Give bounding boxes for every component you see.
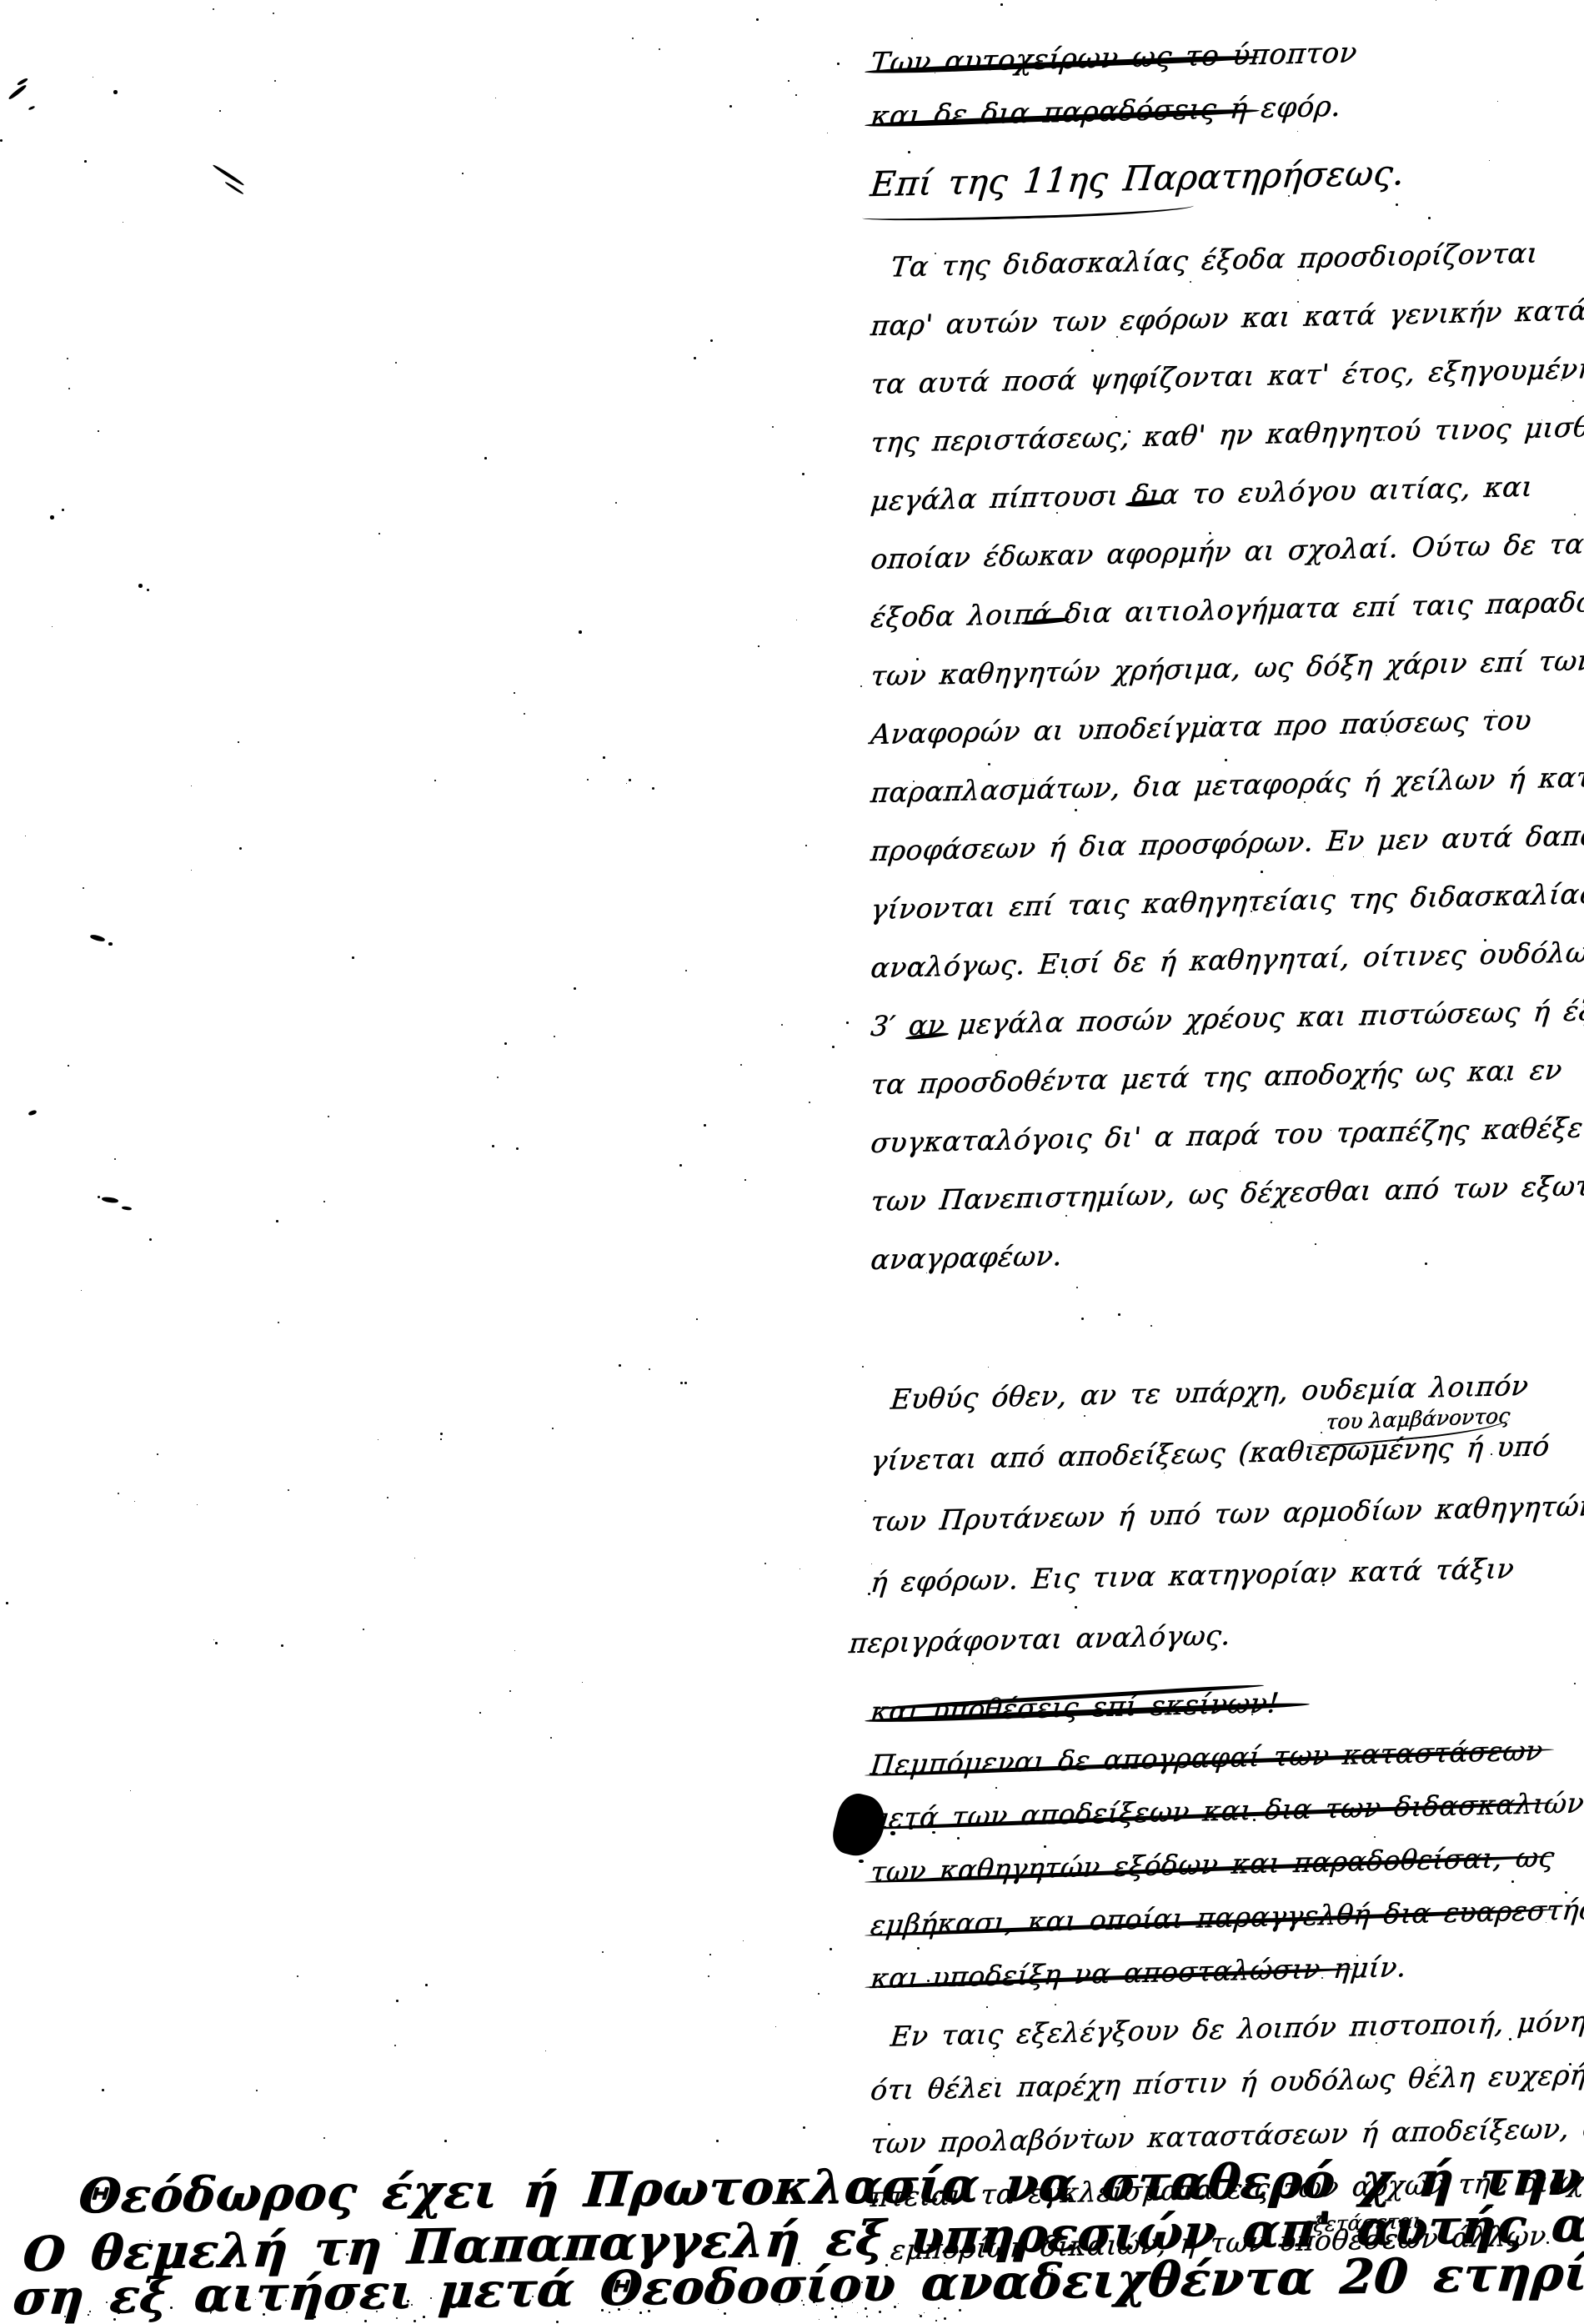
- dust-speck: [1487, 318, 1489, 319]
- dust-speck: [1144, 117, 1145, 118]
- dust-speck: [915, 962, 918, 965]
- dust-speck: [629, 779, 631, 781]
- dust-speck: [1075, 1606, 1077, 1609]
- dust-speck: [1190, 281, 1191, 283]
- dust-speck: [709, 1954, 711, 1955]
- dust-speck: [219, 110, 221, 112]
- dust-speck: [803, 2126, 805, 2129]
- dust-speck: [191, 786, 192, 786]
- dust-speck: [514, 692, 515, 694]
- dust-speck: [556, 2321, 559, 2323]
- dust-speck: [396, 2000, 399, 2002]
- dust-speck: [414, 1558, 415, 1559]
- dust-speck: [312, 2306, 315, 2309]
- dust-speck: [278, 1322, 279, 1323]
- dust-speck: [170, 2306, 173, 2309]
- dust-speck: [632, 38, 634, 39]
- dust-speck: [1569, 2063, 1571, 2065]
- dust-speck: [210, 2311, 212, 2313]
- dust-speck: [587, 779, 589, 781]
- dust-speck: [238, 741, 239, 743]
- dust-speck: [306, 2312, 308, 2314]
- dust-speck: [67, 358, 68, 359]
- dust-speck: [862, 1366, 864, 1368]
- dust-speck: [509, 1690, 511, 1692]
- dust-speck: [809, 1102, 810, 1103]
- dust-speck: [81, 1290, 82, 1291]
- smudge-mark: [8, 84, 28, 101]
- dust-speck: [504, 1042, 507, 1045]
- dust-speck: [313, 2316, 316, 2318]
- dust-speck: [407, 2300, 409, 2302]
- dust-speck: [215, 1642, 218, 1644]
- dust-speck: [803, 2304, 805, 2306]
- dust-speck: [866, 2316, 868, 2317]
- dust-speck: [288, 1489, 289, 1491]
- dust-speck: [1251, 911, 1252, 912]
- dust-speck: [827, 133, 828, 133]
- dust-speck: [1315, 1243, 1316, 1245]
- dust-speck: [865, 1500, 866, 1502]
- dust-speck: [740, 1064, 742, 1066]
- dust-speck: [102, 2089, 104, 2091]
- dust-speck: [414, 2320, 416, 2322]
- dust-speck: [89, 2311, 91, 2312]
- dust-speck: [440, 1433, 443, 1435]
- dust-speck: [1504, 1079, 1506, 1082]
- dust-speck: [1137, 1202, 1139, 1204]
- dust-speck: [582, 1682, 583, 1683]
- dust-speck: [1493, 710, 1495, 711]
- dust-speck: [138, 2187, 141, 2190]
- dust-speck: [550, 1737, 552, 1739]
- dust-speck: [626, 783, 627, 784]
- dust-speck: [495, 98, 496, 98]
- dust-speck: [618, 2308, 620, 2311]
- dust-speck: [1374, 1836, 1376, 1838]
- dust-speck: [1491, 1453, 1492, 1455]
- dust-speck: [935, 2320, 937, 2321]
- dust-speck: [940, 2191, 942, 2194]
- dust-speck: [913, 781, 915, 782]
- dust-speck: [106, 2301, 108, 2303]
- dust-speck: [1051, 2269, 1053, 2271]
- dust-speck: [972, 1663, 974, 1664]
- dust-speck: [93, 77, 93, 78]
- dust-speck: [68, 388, 70, 389]
- dust-speck: [615, 502, 617, 504]
- scanned-manuscript-page: { "palette": { "ink": "#000000", "paper"…: [0, 0, 1584, 2324]
- dust-speck: [1039, 1878, 1041, 1880]
- dust-speck: [1128, 430, 1130, 433]
- dust-speck: [911, 38, 913, 39]
- dust-speck: [239, 847, 242, 850]
- dust-speck: [1080, 2029, 1080, 2030]
- dust-speck: [83, 887, 84, 889]
- dust-speck: [154, 2314, 155, 2315]
- dust-speck: [1484, 939, 1486, 941]
- dust-speck: [274, 80, 276, 82]
- dust-speck: [1029, 1398, 1030, 1399]
- dust-speck: [758, 645, 759, 647]
- smudge-mark: [122, 1206, 132, 1211]
- dust-speck: [857, 2312, 858, 2313]
- dust-speck: [819, 2319, 820, 2320]
- dust-speck: [1000, 3, 1003, 6]
- dust-speck: [813, 2301, 815, 2303]
- dust-speck: [68, 1065, 69, 1067]
- dust-speck: [346, 2253, 348, 2256]
- dust-speck: [130, 1790, 131, 1791]
- dust-speck: [788, 80, 789, 82]
- dust-speck: [775, 2026, 776, 2027]
- dust-speck: [756, 18, 759, 21]
- dust-speck: [114, 1158, 116, 1160]
- dust-speck: [0, 139, 3, 142]
- dust-speck: [602, 1951, 604, 1953]
- dust-speck: [285, 2300, 287, 2301]
- dust-speck: [868, 1593, 870, 1595]
- smudge-mark: [90, 934, 106, 942]
- dust-speck: [1115, 416, 1117, 418]
- dust-speck: [532, 2296, 534, 2297]
- dust-speck: [276, 1220, 278, 1222]
- dust-speck: [1288, 195, 1290, 197]
- dust-speck: [1075, 809, 1077, 811]
- dust-speck: [908, 151, 910, 153]
- smudge-mark: [113, 90, 118, 94]
- dust-speck: [609, 2311, 610, 2313]
- dust-speck: [679, 1164, 682, 1167]
- dust-speck: [696, 1318, 698, 1320]
- dust-speck: [1425, 1262, 1427, 1265]
- dust-speck: [927, 1980, 930, 1982]
- dust-speck: [484, 457, 487, 459]
- paragraph-1: Τα της διδασκαλίας έξοδα προσδιορίζονται…: [869, 238, 1584, 1289]
- smudge-mark: [17, 78, 28, 86]
- smudge-mark: [62, 509, 64, 511]
- dust-speck: [425, 1984, 428, 1986]
- dust-speck: [118, 1493, 119, 1494]
- dust-speck: [835, 2316, 837, 2318]
- dust-speck: [191, 870, 192, 871]
- dust-speck: [802, 473, 805, 475]
- dust-speck: [197, 1504, 198, 1505]
- dust-speck: [922, 611, 924, 613]
- dust-speck: [1056, 512, 1058, 514]
- dust-speck: [387, 1497, 388, 1498]
- dust-speck: [1251, 1714, 1253, 1715]
- smudge-mark: [102, 1197, 119, 1204]
- dust-speck: [1511, 1880, 1514, 1883]
- dust-speck: [924, 2312, 925, 2313]
- dust-speck: [861, 2281, 863, 2283]
- dust-speck: [273, 13, 274, 14]
- dust-speck: [930, 1142, 932, 1143]
- smudge-mark: [138, 584, 143, 588]
- dust-speck: [440, 1438, 442, 1440]
- dust-speck: [729, 105, 732, 108]
- dust-speck: [619, 1364, 621, 1367]
- dust-speck: [1216, 559, 1217, 560]
- dust-speck: [363, 1629, 364, 1630]
- dust-speck: [479, 1712, 481, 1714]
- dust-speck: [764, 1563, 766, 1564]
- handwritten-text-column: Των αυτοχείρων ως το ύποπτον και δε δια …: [869, 0, 1584, 2277]
- dust-speck: [1574, 514, 1576, 515]
- dust-speck: [395, 362, 397, 364]
- dust-speck: [800, 1569, 800, 1569]
- dust-speck: [497, 1077, 499, 1078]
- dust-speck: [944, 2317, 946, 2320]
- dust-speck: [1225, 759, 1227, 761]
- smudge-mark: [890, 1831, 895, 1835]
- dust-speck: [545, 2050, 546, 2051]
- dust-speck: [1088, 2129, 1090, 2131]
- dust-speck: [98, 1196, 100, 1198]
- smudge-mark: [932, 1831, 935, 1834]
- dust-speck: [649, 1368, 650, 1370]
- dust-speck: [938, 2307, 940, 2309]
- dust-speck: [1574, 1683, 1576, 1684]
- dust-speck: [323, 1201, 325, 1202]
- dust-speck: [708, 1975, 709, 1977]
- dust-speck: [68, 2316, 70, 2317]
- dust-speck: [430, 2297, 432, 2299]
- dust-speck: [837, 63, 840, 65]
- dust-speck: [394, 2045, 396, 2046]
- smudge-mark: [957, 1837, 960, 1840]
- dust-speck: [795, 94, 797, 96]
- dust-speck: [492, 1145, 494, 1147]
- dust-speck: [1491, 2206, 1492, 2208]
- dust-speck: [52, 626, 53, 627]
- dust-speck: [149, 1238, 152, 1241]
- dust-speck: [685, 970, 687, 971]
- dust-speck: [1509, 2038, 1511, 2040]
- dust-speck: [1091, 349, 1094, 352]
- smudge-mark: [147, 589, 149, 591]
- dust-speck: [830, 1948, 832, 1950]
- dust-speck: [1040, 1252, 1043, 1255]
- dust-speck: [281, 1644, 283, 1647]
- dust-speck: [1322, 1584, 1325, 1586]
- dust-speck: [1044, 1845, 1046, 1848]
- dust-speck: [323, 2137, 325, 2139]
- dust-speck: [1065, 976, 1068, 978]
- dust-speck: [1253, 1819, 1256, 1821]
- dust-speck: [134, 1501, 135, 1502]
- dust-speck: [1428, 217, 1431, 219]
- smudge-mark: [909, 1826, 913, 1830]
- dust-speck: [462, 173, 464, 174]
- dust-speck: [516, 1147, 519, 1150]
- dust-speck: [514, 1650, 515, 1651]
- dust-speck: [710, 339, 713, 342]
- dust-speck: [772, 426, 774, 428]
- dust-speck: [805, 845, 807, 846]
- dust-speck: [716, 2140, 719, 2142]
- dust-speck: [959, 2309, 961, 2311]
- dust-speck: [423, 2316, 425, 2318]
- dust-speck: [603, 756, 605, 759]
- dust-speck: [684, 1382, 687, 1384]
- smudge-mark: [28, 105, 36, 110]
- smudge-mark: [859, 1860, 864, 1863]
- dust-speck: [378, 1439, 378, 1440]
- dust-speck: [297, 1975, 298, 1977]
- dust-speck: [364, 2320, 367, 2322]
- dust-speck: [1003, 2258, 1005, 2260]
- dust-speck: [1025, 74, 1026, 76]
- dust-speck: [694, 357, 696, 359]
- smudge-mark: [579, 630, 582, 634]
- dust-speck: [1261, 871, 1263, 873]
- struck-header-block: Των αυτοχείρων ως το ύποπτον και δε δια …: [869, 37, 1584, 143]
- dust-speck: [920, 2315, 922, 2317]
- dust-speck: [993, 2055, 995, 2057]
- dust-speck: [524, 713, 525, 715]
- dust-speck: [213, 1639, 214, 1640]
- dust-speck: [84, 160, 87, 163]
- smudge-mark: [28, 1109, 37, 1116]
- dust-speck: [865, 2307, 867, 2310]
- dust-speck: [118, 2311, 120, 2314]
- dust-speck: [25, 836, 26, 836]
- dust-speck: [781, 1024, 783, 1026]
- dust-speck: [832, 1046, 835, 1048]
- dust-speck: [744, 1179, 746, 1181]
- dust-speck: [743, 1940, 744, 1941]
- dust-speck: [352, 956, 354, 959]
- dust-speck: [64, 2316, 66, 2317]
- dust-speck: [885, 2264, 888, 2266]
- dust-speck: [1565, 1891, 1567, 1894]
- dust-speck: [1116, 336, 1118, 338]
- dust-speck: [1297, 301, 1299, 303]
- section-heading: Επί της 11ης Παρατηρήσεως.: [868, 143, 1584, 210]
- dust-speck: [434, 780, 436, 781]
- dust-speck: [986, 2006, 988, 2008]
- dust-speck: [601, 2309, 604, 2311]
- dust-speck: [123, 222, 123, 223]
- dust-speck: [1386, 735, 1387, 736]
- dust-speck: [213, 8, 214, 10]
- dust-speck: [88, 2314, 89, 2316]
- dust-speck: [1396, 203, 1398, 206]
- dust-speck: [659, 48, 660, 50]
- dust-speck: [444, 2140, 447, 2142]
- dust-speck: [818, 1993, 820, 1995]
- dust-speck: [98, 430, 99, 432]
- dust-speck: [1304, 801, 1306, 803]
- dust-speck: [860, 685, 862, 687]
- dust-speck: [846, 1021, 849, 1024]
- dust-speck: [774, 2295, 776, 2297]
- dust-speck: [1094, 796, 1096, 798]
- smudge-mark: [108, 942, 113, 946]
- dust-speck: [724, 2312, 726, 2315]
- dust-speck: [256, 2090, 258, 2091]
- dust-speck: [6, 1602, 8, 1604]
- dust-speck: [796, 620, 797, 620]
- dust-speck: [1118, 1313, 1120, 1316]
- dust-speck: [328, 1116, 329, 1117]
- dust-speck: [554, 1036, 555, 1037]
- dust-speck: [1124, 2116, 1125, 2117]
- dust-speck: [648, 2310, 650, 2312]
- dust-speck: [1434, 484, 1436, 486]
- interlinear-insertion: του λαμβάνοντος: [1324, 1404, 1511, 1443]
- dust-speck: [1164, 1473, 1165, 1473]
- smudge-mark: [50, 515, 54, 520]
- dust-speck: [552, 1428, 554, 1429]
- dust-speck: [995, 1054, 997, 1056]
- dust-speck: [995, 1787, 997, 1789]
- dust-speck: [1517, 1127, 1519, 1129]
- dust-speck: [879, 2311, 881, 2313]
- dust-speck: [113, 2318, 116, 2321]
- dust-speck: [574, 987, 576, 990]
- dust-speck: [1452, 899, 1454, 901]
- dust-speck: [378, 533, 380, 535]
- dust-speck: [680, 1382, 683, 1384]
- dust-speck: [652, 787, 654, 790]
- dust-speck: [935, 2085, 937, 2086]
- dust-speck: [157, 1453, 158, 1455]
- dust-speck: [704, 1124, 706, 1127]
- crossed-out-block: και υποθέσεις επί εκείνων! Πεμπόμεναι δε…: [869, 1685, 1584, 2005]
- dust-speck: [639, 2311, 642, 2314]
